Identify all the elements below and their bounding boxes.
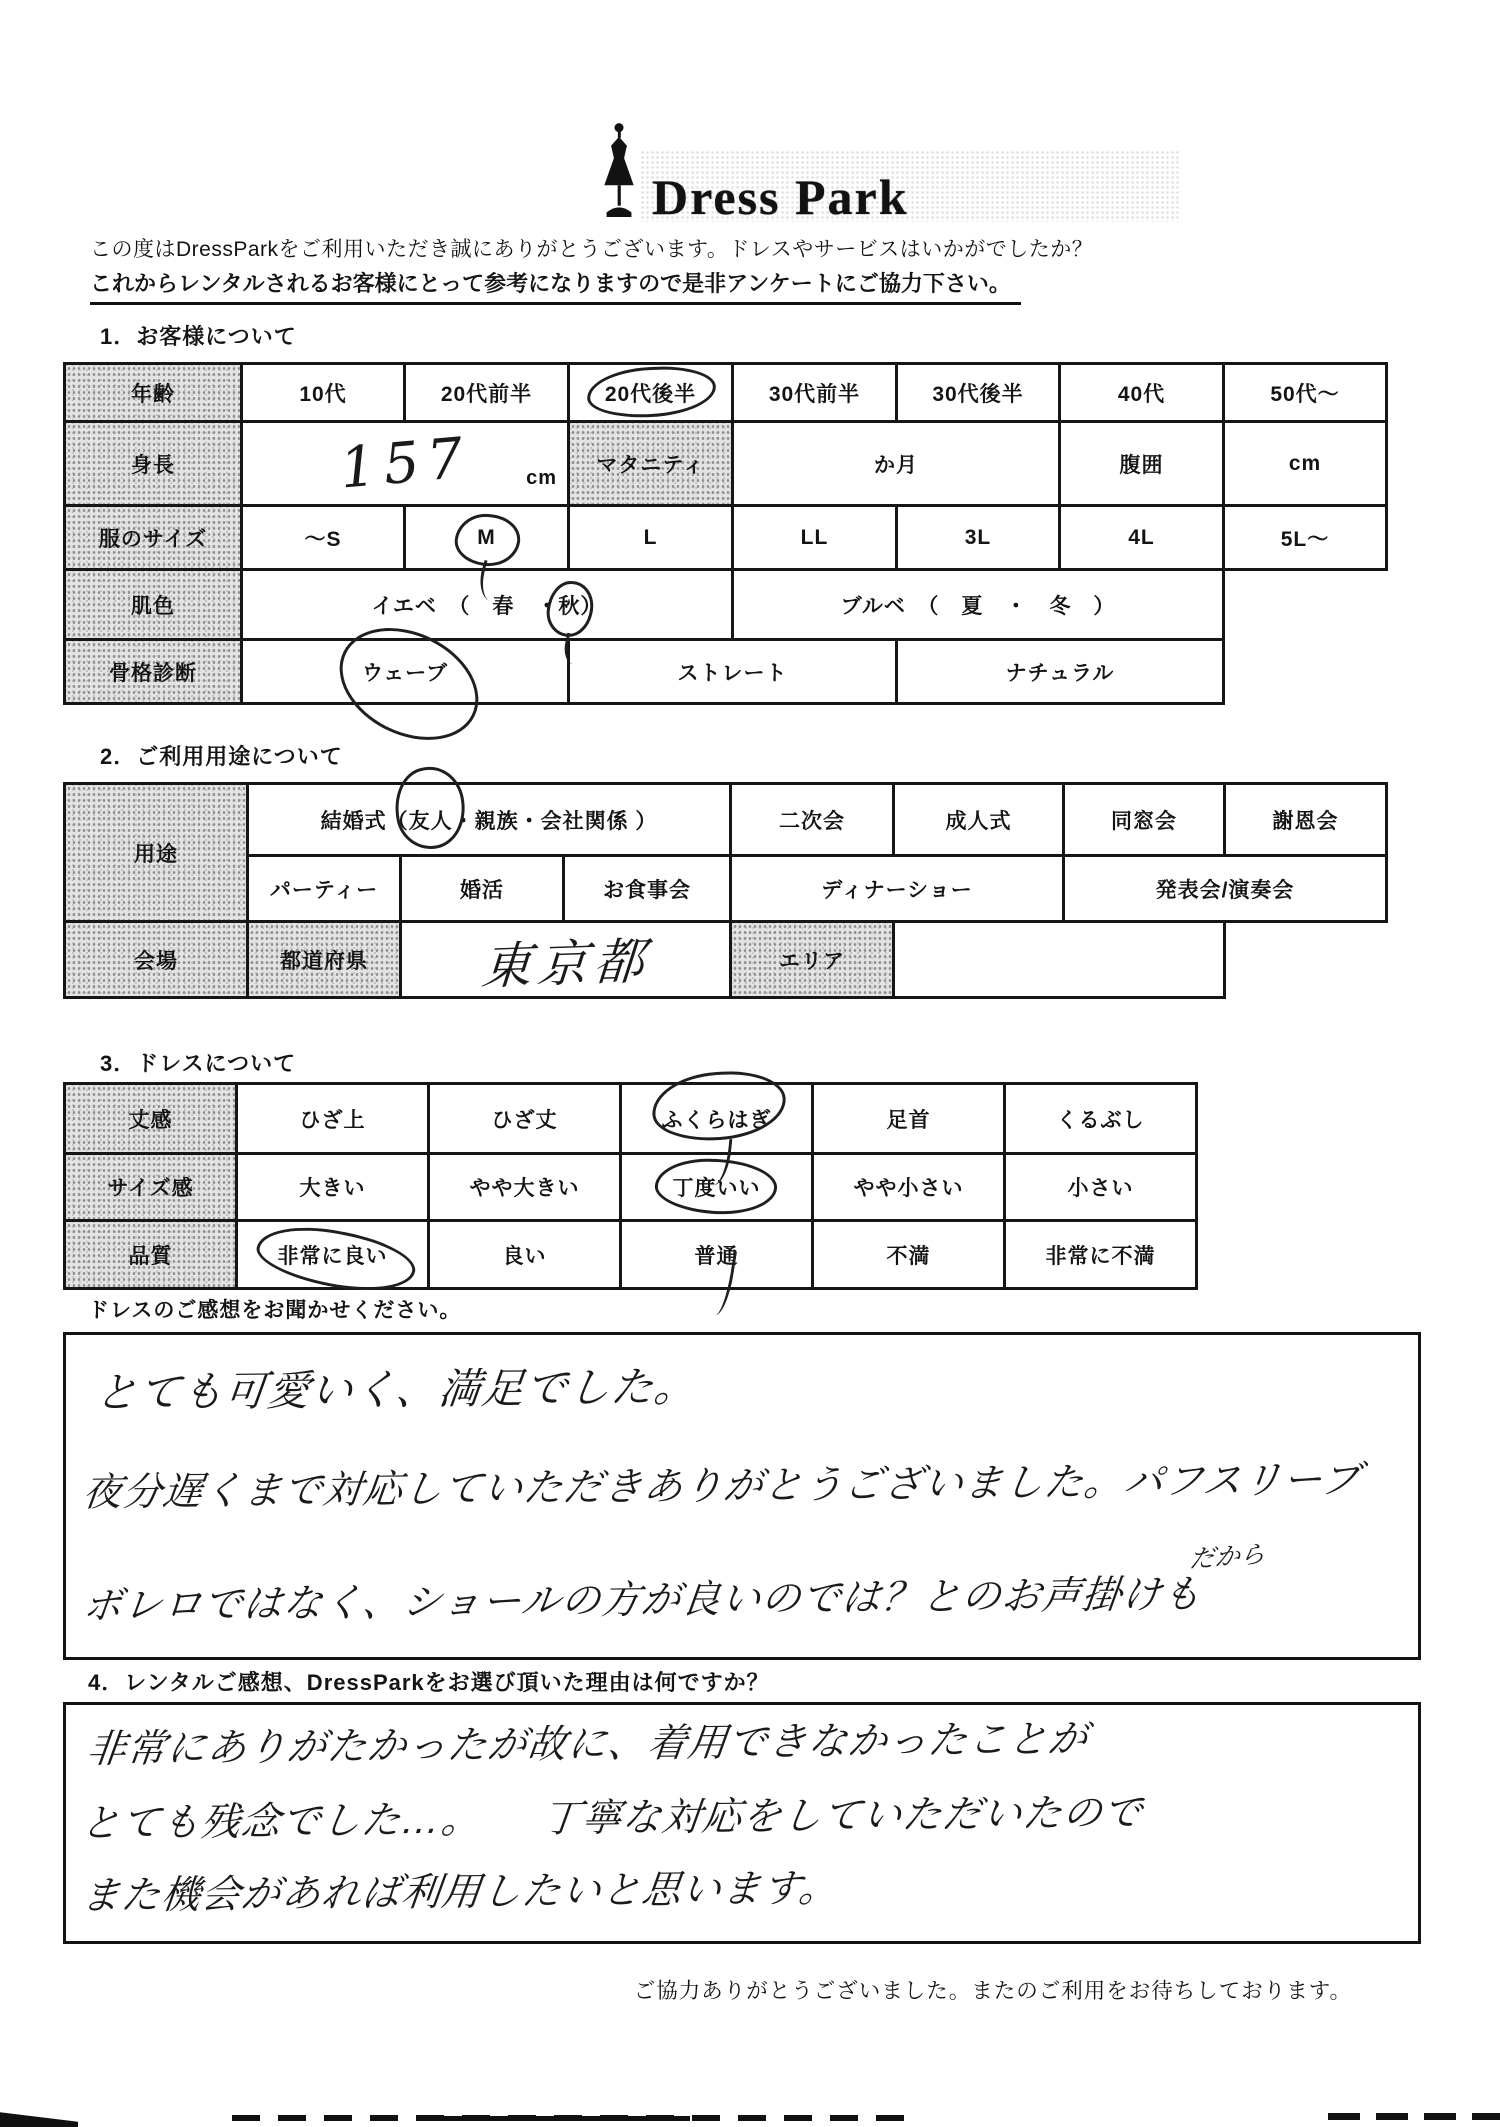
handwritten-comment-line: 非常にありがたかったが故に、着用できなかったことが bbox=[84, 1708, 1092, 1774]
height-label: 身長 bbox=[65, 422, 242, 506]
age-option-late20s: 20代後半 bbox=[569, 364, 733, 422]
fit-row: サイズ感 大きい やや大きい 丁度いい やや小さい 小さい bbox=[65, 1154, 1197, 1221]
pen-circle-mark: 秋 bbox=[558, 590, 580, 620]
area-label: エリア bbox=[731, 922, 894, 998]
maternity-months-cell: か月 bbox=[733, 422, 1060, 506]
quality-row: 品質 非常に良い 良い 普通 不満 非常に不満 bbox=[65, 1221, 1197, 1289]
dress-mannequin-icon bbox=[596, 122, 642, 226]
scan-artifact bbox=[430, 2116, 690, 2121]
brand-name: Dress Park bbox=[652, 168, 909, 226]
handwritten-height: 157 bbox=[337, 425, 473, 501]
usage-row1: 用途 結婚式（友人・親族・会社関係 ） 二次会 成人式 同窓会 謝恩会 bbox=[65, 784, 1387, 856]
age-option-late30s: 30代後半 bbox=[897, 364, 1060, 422]
length-label: 丈感 bbox=[65, 1084, 237, 1154]
fit-option-just-right: 丁度いい bbox=[621, 1154, 813, 1221]
intro-emphasis-text: これからレンタルされるお客様にとって参考になりますので是非アンケートにご協力下さ… bbox=[90, 267, 1021, 305]
brand-logo: Dress Park bbox=[596, 122, 909, 226]
quality-option-unsatisfied: 不満 bbox=[813, 1221, 1005, 1289]
skeletal-option-natural: ナチュラル bbox=[897, 640, 1224, 704]
age-option-40s: 40代 bbox=[1060, 364, 1224, 422]
empty-area bbox=[1224, 640, 1387, 704]
clothing-size-row: 服のサイズ ～S M L LL 3L 4L 5L～ bbox=[65, 506, 1387, 570]
size-option-3l: 3L bbox=[897, 506, 1060, 570]
fit-option-slightly-large: やや大きい bbox=[429, 1154, 621, 1221]
section1-title: 1．お客様について bbox=[100, 320, 297, 351]
usage-option-coming-of-age: 成人式 bbox=[894, 784, 1064, 856]
pen-circle-mark: 友人 bbox=[409, 805, 453, 835]
skeletal-option-wave: ウェーブ bbox=[242, 640, 569, 704]
size-option-4l: 4L bbox=[1060, 506, 1224, 570]
age-option-50s: 50代～ bbox=[1224, 364, 1387, 422]
age-row: 年齢 10代 20代前半 20代後半 30代前半 30代後半 40代 50代～ bbox=[65, 364, 1387, 422]
section3-title: 3．ドレスについて bbox=[100, 1047, 296, 1078]
usage-option-party: パーティー bbox=[248, 856, 401, 922]
size-option-m: M bbox=[405, 506, 569, 570]
handwritten-comment-line: とても残念でした…。 丁寧な対応をしていただいたので bbox=[78, 1781, 1146, 1848]
girth-label: 腹囲 bbox=[1060, 422, 1224, 506]
height-unit: cm bbox=[526, 467, 557, 490]
pen-circle-mark: ウェーブ bbox=[362, 657, 448, 687]
height-value-cell: 157 cm bbox=[242, 422, 569, 506]
clothing-size-label: 服のサイズ bbox=[65, 506, 242, 570]
usage-option-dinner: お食事会 bbox=[564, 856, 731, 922]
yellow-base-cell: イエベ （ 春 ・秋） bbox=[242, 570, 733, 640]
handwritten-comment-line: また機会があれば利用したいと思います。 bbox=[78, 1857, 842, 1921]
survey-scan-page: Dress Park この度はDressParkをご利用いただき誠にありがとうご… bbox=[0, 0, 1500, 2127]
rental-feedback-label: 4．レンタルご感想、DressParkをお選び頂いた理由は何ですか？ bbox=[88, 1666, 770, 1697]
girth-unit-cell: cm bbox=[1224, 422, 1387, 506]
height-row: 身長 157 cm マタニティ か月 腹囲 cm bbox=[65, 422, 1387, 506]
pen-circle-mark: 非常に良い bbox=[278, 1240, 388, 1270]
customer-table: 年齢 10代 20代前半 20代後半 30代前半 30代後半 40代 50代～ … bbox=[63, 362, 1388, 705]
handwritten-comment-line: とても可愛いく、満足でした。 bbox=[92, 1354, 701, 1420]
usage-row2: パーティー 婚活 お食事会 ディナーショー 発表会/演奏会 bbox=[65, 856, 1387, 922]
skin-tone-row: 肌色 イエベ （ 春 ・秋） ブルベ （ 夏 ・ 冬 ） bbox=[65, 570, 1387, 640]
handwritten-prefecture: 東京都 bbox=[479, 921, 653, 999]
maternity-label: マタニティ bbox=[569, 422, 733, 506]
usage-label: 用途 bbox=[65, 784, 248, 922]
usage-option-wedding: 結婚式（友人・親族・会社関係 ） bbox=[248, 784, 731, 856]
dress-table: 丈感 ひざ上 ひざ丈 ふくらはぎ 足首 くるぶし サイズ感 大きい やや大きい … bbox=[63, 1082, 1198, 1290]
area-value-cell bbox=[894, 922, 1225, 998]
dress-feedback-label: ドレスのご感想をお聞かせください。 bbox=[88, 1294, 461, 1324]
fit-option-small: 小さい bbox=[1005, 1154, 1197, 1221]
usage-option-konkatsu: 婚活 bbox=[401, 856, 564, 922]
usage-option-afterparty: 二次会 bbox=[731, 784, 894, 856]
prefecture-value-cell: 東京都 bbox=[401, 922, 731, 998]
length-option-anklebone: くるぶし bbox=[1005, 1084, 1197, 1154]
pen-circle-mark: 20代後半 bbox=[605, 378, 696, 408]
skeletal-label: 骨格診断 bbox=[65, 640, 242, 704]
usage-table: 用途 結婚式（友人・親族・会社関係 ） 二次会 成人式 同窓会 謝恩会 パーティ… bbox=[63, 782, 1388, 999]
quality-option-good: 良い bbox=[429, 1221, 621, 1289]
usage-option-reunion: 同窓会 bbox=[1064, 784, 1225, 856]
usage-option-thanks-party: 謝恩会 bbox=[1225, 784, 1387, 856]
prefecture-label: 都道府県 bbox=[248, 922, 401, 998]
size-option-l: L bbox=[569, 506, 733, 570]
age-option-early30s: 30代前半 bbox=[733, 364, 897, 422]
section2-title: 2．ご利用用途について bbox=[100, 740, 343, 771]
venue-row: 会場 都道府県 東京都 エリア bbox=[65, 922, 1387, 998]
quality-label: 品質 bbox=[65, 1221, 237, 1289]
footer-thanks-text: ご協力ありがとうございました。またのご利用をお待ちしております。 bbox=[634, 1974, 1352, 2005]
skeletal-option-straight: ストレート bbox=[569, 640, 897, 704]
length-option-above-knee: ひざ上 bbox=[237, 1084, 429, 1154]
length-row: 丈感 ひざ上 ひざ丈 ふくらはぎ 足首 くるぶし bbox=[65, 1084, 1197, 1154]
pen-circle-mark: M bbox=[477, 526, 496, 550]
fit-option-large: 大きい bbox=[237, 1154, 429, 1221]
scan-artifact bbox=[1328, 2113, 1500, 2120]
scan-artifact bbox=[0, 2106, 78, 2127]
length-option-calf: ふくらはぎ bbox=[621, 1084, 813, 1154]
size-option-s: ～S bbox=[242, 506, 405, 570]
fit-label: サイズ感 bbox=[65, 1154, 237, 1221]
age-option-10s: 10代 bbox=[242, 364, 405, 422]
quality-option-normal: 普通 bbox=[621, 1221, 813, 1289]
pen-circle-mark: 丁度いい bbox=[673, 1172, 761, 1202]
empty-area bbox=[1225, 922, 1387, 998]
size-option-5l: 5L～ bbox=[1224, 506, 1387, 570]
intro-text: この度はDressParkをご利用いただき誠にありがとうございます。ドレスやサー… bbox=[90, 233, 1093, 263]
fit-option-slightly-small: やや小さい bbox=[813, 1154, 1005, 1221]
handwritten-comment-line: 夜分遅くまで対応していただきありがとうございました。パフスリーブ bbox=[80, 1448, 1364, 1517]
length-option-ankle: 足首 bbox=[813, 1084, 1005, 1154]
rental-feedback-box: 非常にありがたかったが故に、着用できなかったことが とても残念でした…。 丁寧な… bbox=[63, 1702, 1421, 1944]
age-option-early20s: 20代前半 bbox=[405, 364, 569, 422]
quality-option-very-unsatisfied: 非常に不満 bbox=[1005, 1221, 1197, 1289]
dress-feedback-box: とても可愛いく、満足でした。 夜分遅くまで対応していただきありがとうございました… bbox=[63, 1332, 1421, 1660]
skeletal-row: 骨格診断 ウェーブ ストレート ナチュラル bbox=[65, 640, 1387, 704]
length-option-knee: ひざ丈 bbox=[429, 1084, 621, 1154]
venue-label: 会場 bbox=[65, 922, 248, 998]
usage-option-dinner-show: ディナーショー bbox=[731, 856, 1064, 922]
size-option-ll: LL bbox=[733, 506, 897, 570]
blue-base-cell: ブルベ （ 夏 ・ 冬 ） bbox=[733, 570, 1224, 640]
quality-option-very-good: 非常に良い bbox=[237, 1221, 429, 1289]
pen-circle-mark: ふくらはぎ bbox=[662, 1104, 772, 1134]
usage-option-recital: 発表会/演奏会 bbox=[1064, 856, 1387, 922]
handwritten-comment-line: ボレロではなく、ショールの方が良いのでは？とのお声掛けも bbox=[80, 1563, 1205, 1631]
age-label: 年齢 bbox=[65, 364, 242, 422]
empty-area bbox=[1224, 570, 1387, 640]
skin-tone-label: 肌色 bbox=[65, 570, 242, 640]
